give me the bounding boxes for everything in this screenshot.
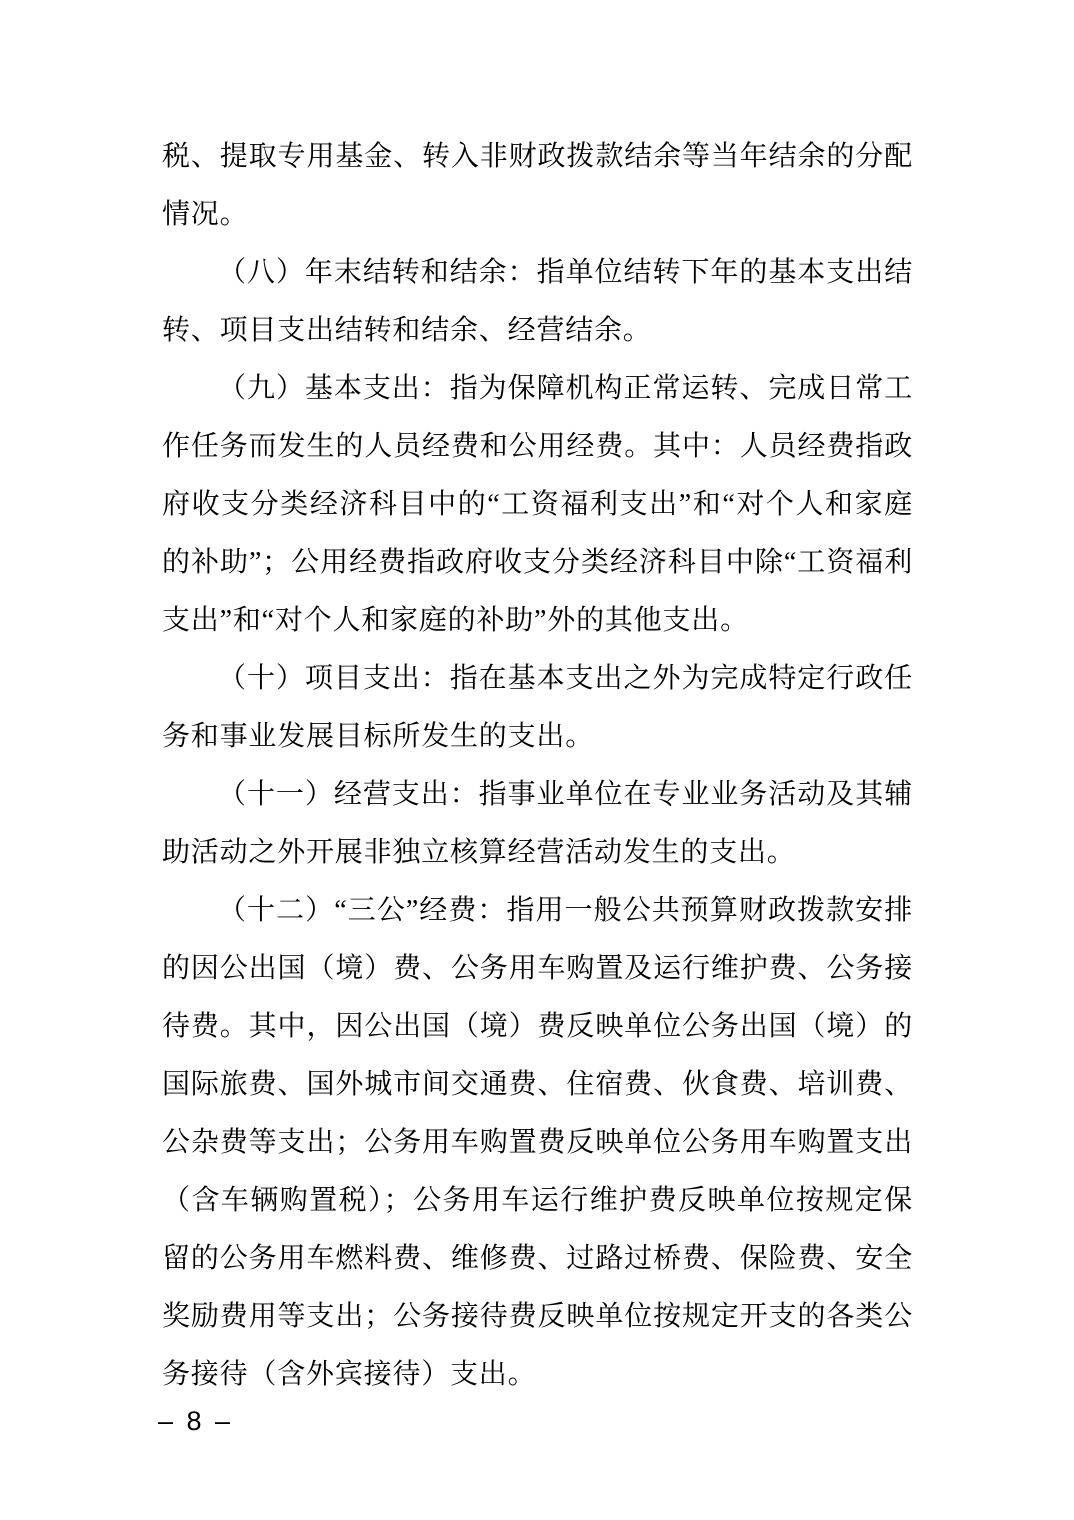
paragraph-item-9: （九）基本支出：指为保障机构正常运转、完成日常工作任务而发生的人员经费和公用经费… [162,360,913,650]
paragraph-item-11: （十一）经营支出：指事业单位在专业业务活动及其辅助活动之外开展非独立核算经营活动… [162,766,913,882]
paragraph-item-12: （十二）“三公”经费：指用一般公共预算财政拨款安排的因公出国（境）费、公务用车购… [162,882,913,1404]
paragraph-continued: 税、提取专用基金、转入非财政拨款结余等当年结余的分配情况。 [162,128,913,244]
paragraph-item-8: （八）年末结转和结余：指单位结转下年的基本支出结转、项目支出结转和结余、经营结余… [162,244,913,360]
document-body: 税、提取专用基金、转入非财政拨款结余等当年结余的分配情况。 （八）年末结转和结余… [162,128,913,1404]
paragraph-item-10: （十）项目支出：指在基本支出之外为完成特定行政任务和事业发展目标所发生的支出。 [162,650,913,766]
page-number: – 8 – [158,1406,233,1436]
document-page: 税、提取专用基金、转入非财政拨款结余等当年结余的分配情况。 （八）年末结转和结余… [0,0,1074,1520]
page-footer: – 8 – [158,1404,233,1438]
